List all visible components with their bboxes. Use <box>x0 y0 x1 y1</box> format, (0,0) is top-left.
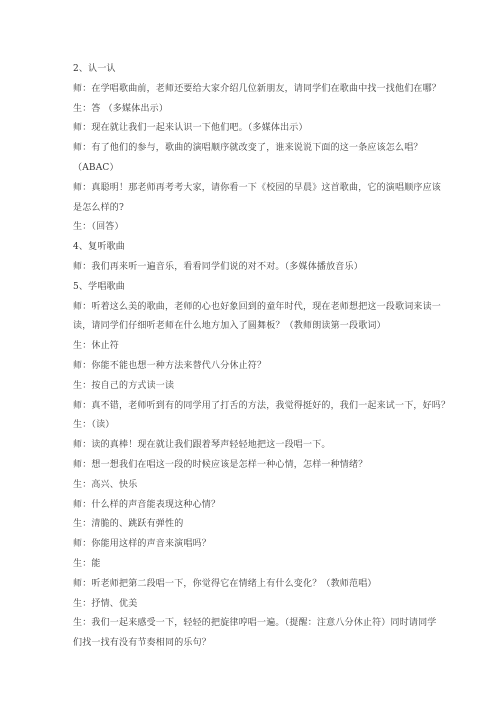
dialogue-line: 师：听着这么美的歌曲，老师的心也好象回到的童年时代，现在老师想把这一段歌词来读一 <box>73 298 473 318</box>
dialogue-line: 师：什么样的声音能表现这种心情？ <box>73 496 473 516</box>
dialogue-line: 师：有了他们的参与，歌曲的演唱顺序就改变了，谁来说说下面的这一条应该怎么唱？ <box>73 139 473 159</box>
dialogue-line: 生：（回答） <box>73 218 473 238</box>
dialogue-line: 师：你能不能也想一种方法来替代八分休止符？ <box>73 357 473 377</box>
dialogue-line: 生：答 （多媒体出示） <box>73 100 473 120</box>
dialogue-line: 生：清脆的、跳跃有弹性的 <box>73 515 473 535</box>
dialogue-line: 生：我们一起来感受一下，轻轻的把旋律哼唱一遍。（提醒：注意八分休止符）同时请同学 <box>73 614 473 634</box>
dialogue-line: 师：想一想我们在唱这一段的时候应该是怎样一种心情，怎样一种情绪？ <box>73 456 473 476</box>
dialogue-line: 生：（读） <box>73 416 473 436</box>
dialogue-line: 师：在学唱歌曲前，老师还要给大家介绍几位新朋友，请同学们在歌曲中找一找他们在哪？ <box>73 80 473 100</box>
document-page: 2、认一认 师：在学唱歌曲前，老师还要给大家介绍几位新朋友，请同学们在歌曲中找一… <box>0 0 500 707</box>
dialogue-line-continuation: （ABAC） <box>73 159 473 179</box>
dialogue-line: 生：按自己的方式读一读 <box>73 377 473 397</box>
dialogue-line: 生：高兴、快乐 <box>73 476 473 496</box>
section-heading: 4、复听歌曲 <box>73 238 473 258</box>
dialogue-line: 生：抒情、优美 <box>73 595 473 615</box>
dialogue-line: 生：休止符 <box>73 337 473 357</box>
dialogue-line-continuation: 是怎么样的? <box>73 199 473 219</box>
dialogue-line: 师：我们再来听一遍音乐，看看同学们说的对不对。（多媒体播放音乐） <box>73 258 473 278</box>
dialogue-line: 师：真不错，老师听到有的同学用了打舌的方法，我觉得挺好的，我们一起来试一下，好吗… <box>73 397 473 417</box>
dialogue-line: 师：听老师把第二段唱一下，你觉得它在情绪上有什么变化？（教师范唱） <box>73 575 473 595</box>
dialogue-line: 生：能 <box>73 555 473 575</box>
document-text: 2、认一认 师：在学唱歌曲前，老师还要给大家介绍几位新朋友，请同学们在歌曲中找一… <box>73 60 473 654</box>
dialogue-line: 师：真聪明！那老师再考考大家，请你看一下《校园的早晨》这首歌曲，它的演唱顺序应该 <box>73 179 473 199</box>
dialogue-line: 师：你能用这样的声音来演唱吗？ <box>73 535 473 555</box>
dialogue-line: 师：读的真棒！现在就让我们跟着琴声轻轻地把这一段唱一下。 <box>73 436 473 456</box>
section-heading: 5、学唱歌曲 <box>73 278 473 298</box>
dialogue-line-continuation: 们找一找有没有节奏相同的乐句？ <box>73 634 473 654</box>
dialogue-line: 师：现在就让我们一起来认识一下他们吧。（多媒体出示） <box>73 119 473 139</box>
dialogue-line-continuation: 读，请同学们仔细听老师在什么地方加入了圆舞板？（教师朗读第一段歌词） <box>73 317 473 337</box>
section-heading: 2、认一认 <box>73 60 473 80</box>
